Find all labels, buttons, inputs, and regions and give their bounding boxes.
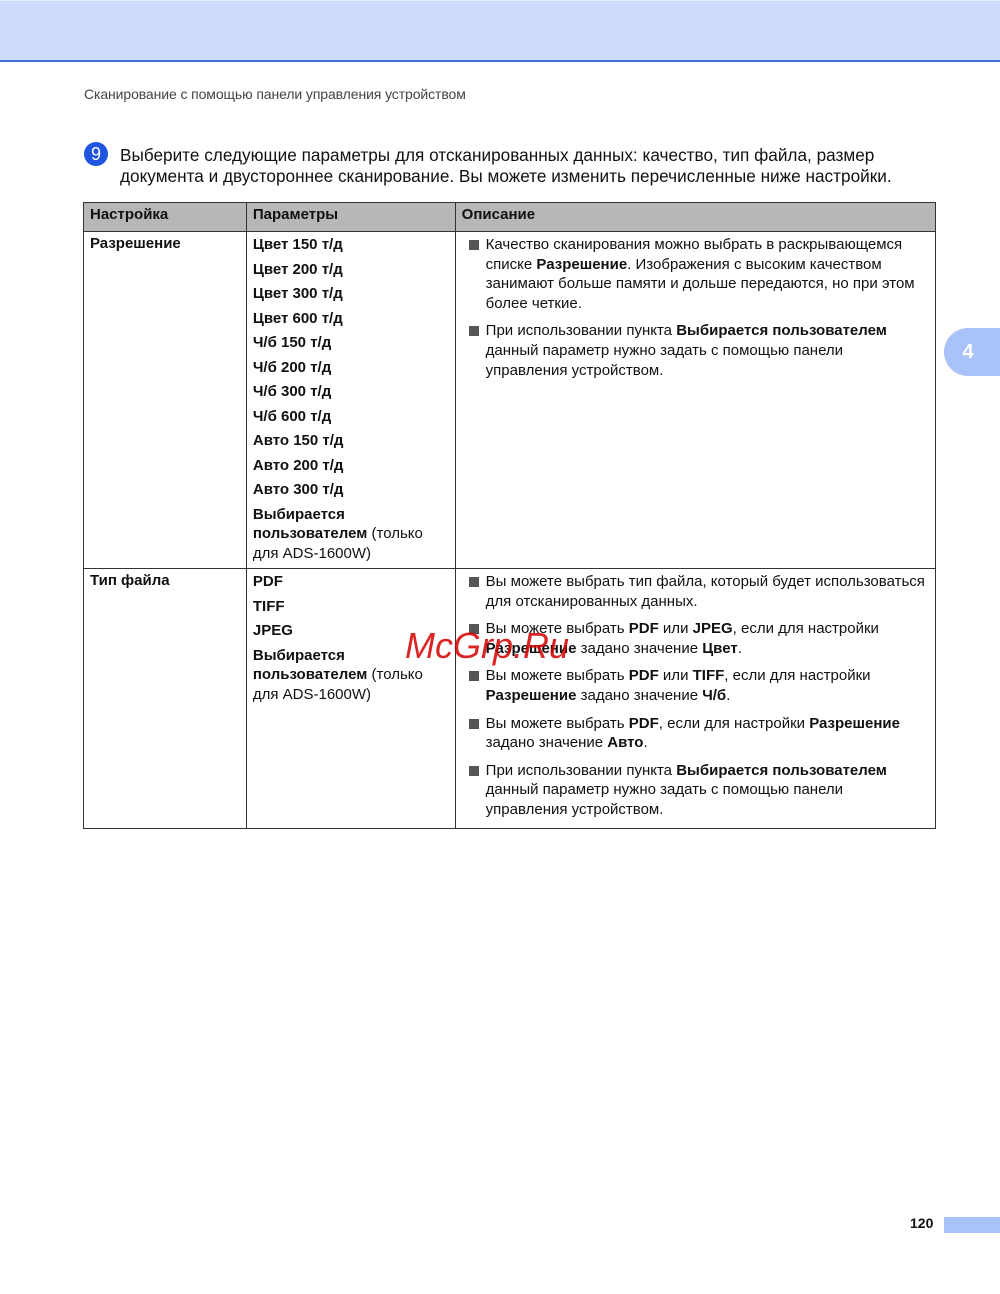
description-bullet: Вы можете выбрать PDF или TIFF, если для… — [486, 666, 929, 705]
option-value: Цвет 600 т/д — [253, 310, 343, 327]
description-bullet: При использовании пункта Выбирается поль… — [486, 761, 929, 820]
description-cell: Вы можете выбрать тип файла, который буд… — [455, 569, 935, 829]
page-bar — [944, 1217, 1000, 1233]
option-value: Цвет 300 т/д — [253, 285, 343, 302]
custom-option-label: Выбирается пользователем — [253, 647, 367, 684]
step-number-icon: 9 — [84, 142, 108, 166]
custom-option: Выбирается пользователем (только для ADS… — [253, 505, 449, 564]
header-parameters: Параметры — [246, 203, 455, 232]
option-value: JPEG — [253, 622, 293, 639]
settings-table: Настройка Параметры Описание РазрешениеЦ… — [83, 202, 936, 829]
custom-option: Выбирается пользователем (только для ADS… — [253, 646, 449, 705]
step-text: Выберите следующие параметры для отскани… — [120, 145, 950, 187]
option-value: TIFF — [253, 598, 285, 615]
option-value: PDF — [253, 573, 283, 590]
chapter-number: 4 — [962, 341, 973, 363]
option-value: Авто 300 т/д — [253, 481, 344, 498]
breadcrumb: Сканирование с помощью панели управления… — [84, 86, 466, 102]
option-value: Цвет 150 т/д — [253, 236, 343, 253]
table-row: РазрешениеЦвет 150 т/дЦвет 200 т/дЦвет 3… — [84, 232, 936, 569]
header-band — [0, 0, 1000, 61]
options-cell: PDFTIFFJPEGВыбирается пользователем (тол… — [246, 569, 455, 829]
option-value: Ч/б 150 т/д — [253, 334, 331, 351]
option-value: Ч/б 300 т/д — [253, 383, 331, 400]
header-setting: Настройка — [84, 203, 247, 232]
header-divider — [0, 60, 1000, 62]
option-value: Авто 150 т/д — [253, 432, 344, 449]
description-bullet: Вы можете выбрать PDF, если для настройк… — [486, 714, 929, 753]
option-value: Ч/б 600 т/д — [253, 408, 331, 425]
description-bullet: При использовании пункта Выбирается поль… — [486, 321, 929, 380]
option-value: Цвет 200 т/д — [253, 261, 343, 278]
setting-name: Тип файла — [84, 569, 247, 829]
table-header-row: Настройка Параметры Описание — [84, 203, 936, 232]
description-bullet: Вы можете выбрать PDF или JPEG, если для… — [486, 619, 929, 658]
custom-option-label: Выбирается пользователем — [253, 506, 367, 543]
options-cell: Цвет 150 т/дЦвет 200 т/дЦвет 300 т/дЦвет… — [246, 232, 455, 569]
option-value: Ч/б 200 т/д — [253, 359, 331, 376]
table-row: Тип файлаPDFTIFFJPEGВыбирается пользоват… — [84, 569, 936, 829]
page-number: 120 — [910, 1215, 933, 1231]
description-bullet: Вы можете выбрать тип файла, который буд… — [486, 572, 929, 611]
description-bullet: Качество сканирования можно выбрать в ра… — [486, 235, 929, 313]
description-cell: Качество сканирования можно выбрать в ра… — [455, 232, 935, 569]
option-value: Авто 200 т/д — [253, 457, 344, 474]
header-description: Описание — [455, 203, 935, 232]
chapter-tab: 4 — [944, 328, 1000, 376]
setting-name: Разрешение — [84, 232, 247, 569]
